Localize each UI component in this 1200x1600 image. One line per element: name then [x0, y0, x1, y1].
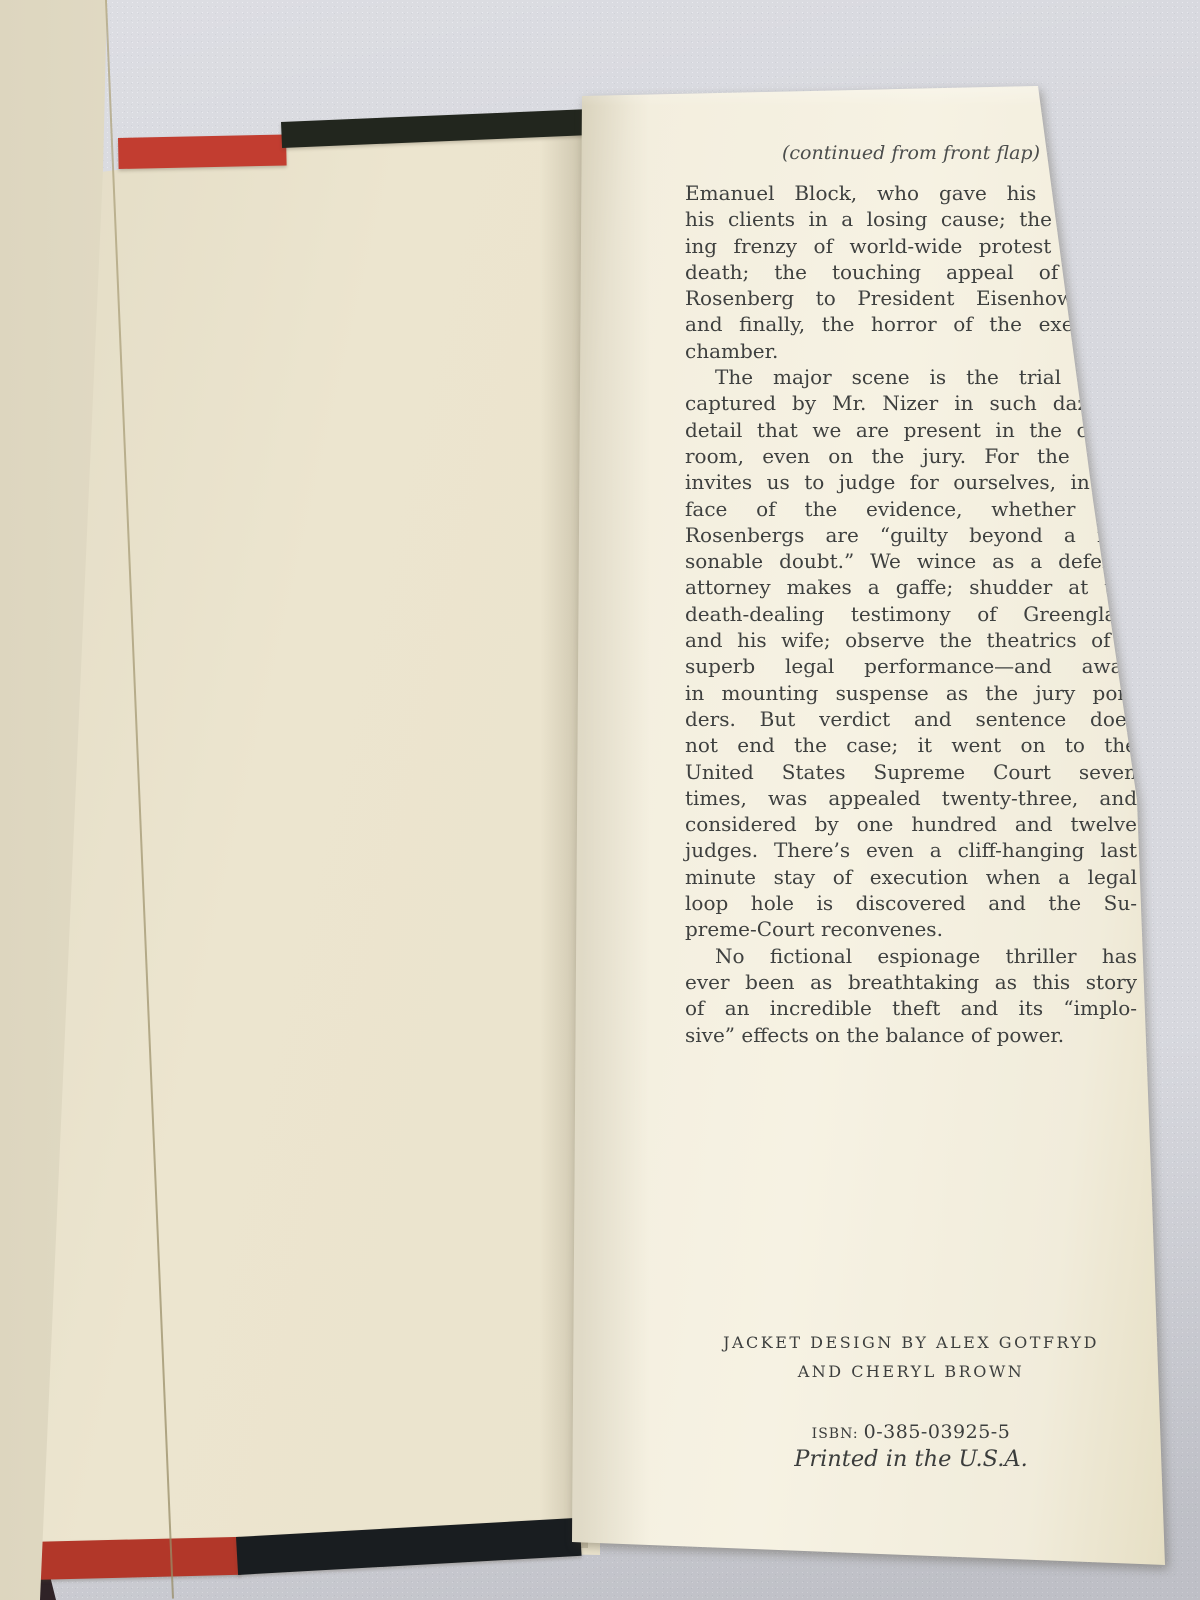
flap-text-line: ing frenzy of world-wide protest at the — [685, 233, 1137, 259]
flap-text-line: superb legal performance—and await — [685, 653, 1137, 679]
flap-text-line: death; the touching appeal of Ethel — [685, 259, 1137, 285]
dust-jacket-back-flap: (continued from front flap) Emanuel Bloc… — [560, 80, 1200, 1590]
flap-text-line: detail that we are present in the court- — [685, 417, 1137, 443]
printed-in-usa-note: Printed in the U.S.A. — [685, 1446, 1137, 1472]
book-photo: (continued from front flap) Emanuel Bloc… — [0, 0, 1200, 1600]
flap-body-copy: Emanuel Block, who gave his life forhis … — [685, 180, 1137, 1048]
flap-text-line: judges. There’s even a cliff-hanging las… — [685, 837, 1137, 863]
flap-text-line: United States Supreme Court seven — [685, 759, 1137, 785]
flap-text-line: ders. But verdict and sentence does — [685, 706, 1137, 732]
flap-text-line: considered by one hundred and twelve — [685, 811, 1137, 837]
flap-text-line: minute stay of execution when a legal — [685, 864, 1137, 890]
flap-text-line: not end the case; it went on to the — [685, 732, 1137, 758]
jacket-credits-line-2: AND CHERYL BROWN — [685, 1357, 1137, 1386]
jacket-design-credits: JACKET DESIGN BY ALEX GOTFRYD AND CHERYL… — [685, 1328, 1137, 1386]
flap-text-line: face of the evidence, whether the — [685, 496, 1137, 522]
flap-text-line: Emanuel Block, who gave his life for — [685, 180, 1137, 206]
isbn-line: ISBN: 0-385-03925-5 — [685, 1421, 1137, 1443]
jacket-spine-stripe-red-top — [118, 134, 287, 169]
flap-text-line: invites us to judge for ourselves, in th… — [685, 469, 1137, 495]
flap-text-line: sive” effects on the balance of power. — [685, 1022, 1137, 1048]
flap-paragraph-3: No fictional espionage thriller hasever … — [685, 943, 1137, 1048]
flap-text-line: room, even on the jury. For the book — [685, 443, 1137, 469]
flap-text-line: ever been as breathtaking as this story — [685, 969, 1137, 995]
flap-text-line: Rosenberg to President Eisenhower — — [685, 285, 1137, 311]
flap-text-line: of an incredible theft and its “implo- — [685, 995, 1137, 1021]
flap-text-line: and finally, the horror of the execution — [685, 311, 1137, 337]
isbn-label: ISBN: — [812, 1426, 859, 1442]
flap-paper: (continued from front flap) Emanuel Bloc… — [560, 80, 1200, 1590]
flap-text-line: death-dealing testimony of Greenglass — [685, 601, 1137, 627]
flap-text-line: chamber. — [685, 338, 1137, 364]
jacket-credits-line-1: JACKET DESIGN BY ALEX GOTFRYD — [685, 1328, 1137, 1357]
jacket-spine-stripe-red-bottom — [28, 1537, 241, 1580]
flap-text-line: times, was appealed twenty-three, and — [685, 785, 1137, 811]
flap-text-line: attorney makes a gaffe; shudder at the — [685, 574, 1137, 600]
flap-text-line: and his wife; observe the theatrics of a — [685, 627, 1137, 653]
flap-text-line: in mounting suspense as the jury pon- — [685, 680, 1137, 706]
flap-paragraph-1: Emanuel Block, who gave his life forhis … — [685, 180, 1137, 364]
isbn-value: 0-385-03925-5 — [864, 1421, 1011, 1443]
flap-text-line: his clients in a losing cause; the mount… — [685, 206, 1137, 232]
flap-text-line: The major scene is the trial itself, — [685, 364, 1137, 390]
flap-text-line: No fictional espionage thriller has — [685, 943, 1137, 969]
flap-text-line: loop hole is discovered and the Su- — [685, 890, 1137, 916]
flap-paragraph-2: The major scene is the trial itself,capt… — [685, 364, 1137, 943]
flap-text-line: preme-Court reconvenes. — [685, 916, 1137, 942]
flap-text-line: sonable doubt.” We wince as a defense — [685, 548, 1137, 574]
flap-text-line: Rosenbergs are “guilty beyond a rea- — [685, 522, 1137, 548]
flap-text-line: captured by Mr. Nizer in such dazzling — [685, 390, 1137, 416]
flap-continued-note: (continued from front flap) — [685, 142, 1137, 164]
